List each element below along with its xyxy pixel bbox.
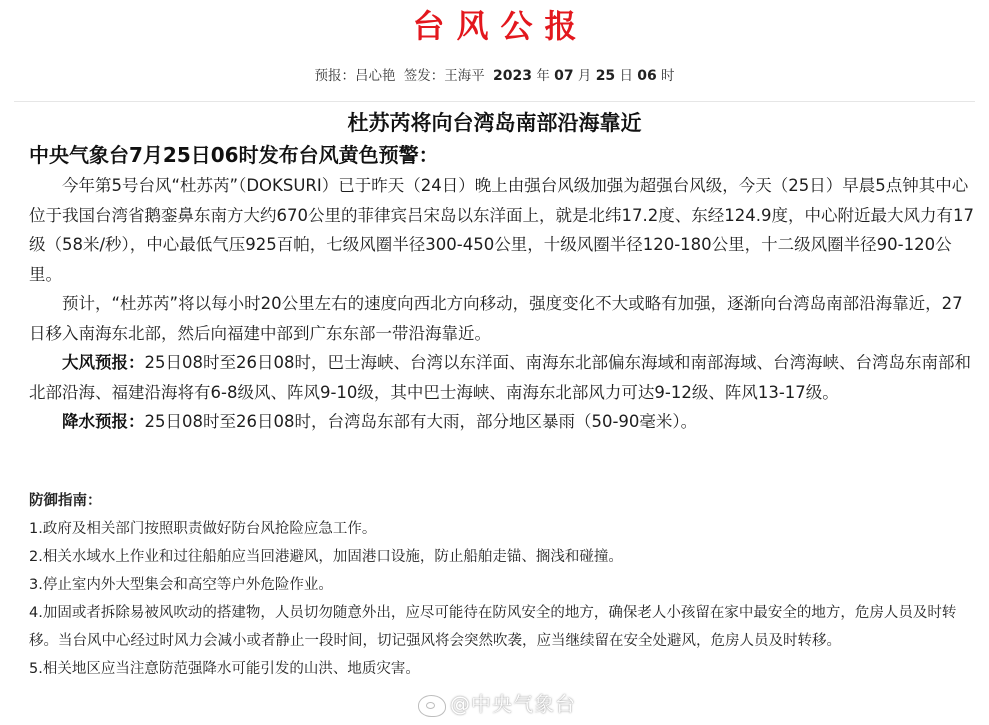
defense-guide: 防御指南： 1.政府及相关部门按照职责做好防台风抢险应急工作。 2.相关水域水上…	[29, 487, 975, 683]
headline: 杜苏芮将向台湾岛南部沿海靠近	[0, 108, 989, 138]
issue-year: 2023	[493, 68, 532, 84]
rain-forecast-label: 降水预报：	[62, 412, 145, 431]
guide-item: 4.加固或者拆除易被风吹动的搭建物，人员切勿随意外出，应尽可能待在防风安全的地方…	[29, 599, 975, 655]
typhoon-bulletin-page: 台风公报 预报：吕心艳 签发：王海平 2023 年 07 月 25 日 06 时…	[0, 0, 989, 725]
guide-item: 3.停止室内外大型集会和高空等户外危险作业。	[29, 571, 975, 599]
year-unit: 年	[536, 68, 550, 84]
issuer-name: 王海平	[444, 68, 485, 84]
issue-day: 25	[596, 68, 615, 84]
paragraph-rain-forecast: 降水预报：25日08时至26日08时，台湾岛东部有大雨，部分地区暴雨（50-90…	[29, 407, 975, 437]
wind-forecast-text: 25日08时至26日08时，巴士海峡、台湾以东洋面、南海东北部偏东海域和南部海域…	[29, 353, 971, 402]
wind-forecast-label: 大风预报：	[62, 353, 145, 372]
rain-forecast-text: 25日08时至26日08时，台湾岛东部有大雨，部分地区暴雨（50-90毫米）。	[145, 412, 698, 431]
hour-unit: 时	[661, 68, 675, 84]
forecaster-name: 吕心艳	[355, 68, 396, 84]
issue-hour: 06	[637, 68, 656, 84]
month-unit: 月	[578, 68, 592, 84]
forecaster-label: 预报：	[314, 68, 355, 84]
header-divider	[14, 101, 975, 102]
guide-item: 5.相关地区应当注意防范强降水可能引发的山洪、地质灾害。	[29, 655, 975, 683]
paragraph-forecast: 预计，“杜苏芮”将以每小时20公里左右的速度向西北方向移动，强度变化不大或略有加…	[29, 289, 975, 348]
bulletin-body: 今年第5号台风“杜苏芮”（DOKSURI）已于昨天（24日）晚上由强台风级加强为…	[29, 171, 975, 437]
watermark-text: @中央气象台	[450, 692, 576, 716]
day-unit: 日	[619, 68, 633, 84]
paragraph-current-status: 今年第5号台风“杜苏芮”（DOKSURI）已于昨天（24日）晚上由强台风级加强为…	[29, 171, 975, 289]
weibo-watermark: @中央气象台	[418, 688, 576, 717]
bulletin-masthead: 台风公报	[0, 4, 989, 48]
bulletin-meta: 预报：吕心艳 签发：王海平 2023 年 07 月 25 日 06 时	[0, 66, 989, 86]
paragraph-wind-forecast: 大风预报：25日08时至26日08时，巴士海峡、台湾以东洋面、南海东北部偏东海域…	[29, 348, 975, 407]
defense-guide-title: 防御指南：	[29, 487, 975, 515]
guide-item: 1.政府及相关部门按照职责做好防台风抢险应急工作。	[29, 515, 975, 543]
issue-month: 07	[554, 68, 573, 84]
warning-title: 中央气象台7月25日06时发布台风黄色预警：	[29, 140, 439, 170]
weibo-logo-icon	[418, 695, 446, 717]
guide-item: 2.相关水域水上作业和过往船舶应当回港避风，加固港口设施，防止船舶走锚、搁浅和碰…	[29, 543, 975, 571]
issuer-label: 签发：	[404, 68, 445, 84]
